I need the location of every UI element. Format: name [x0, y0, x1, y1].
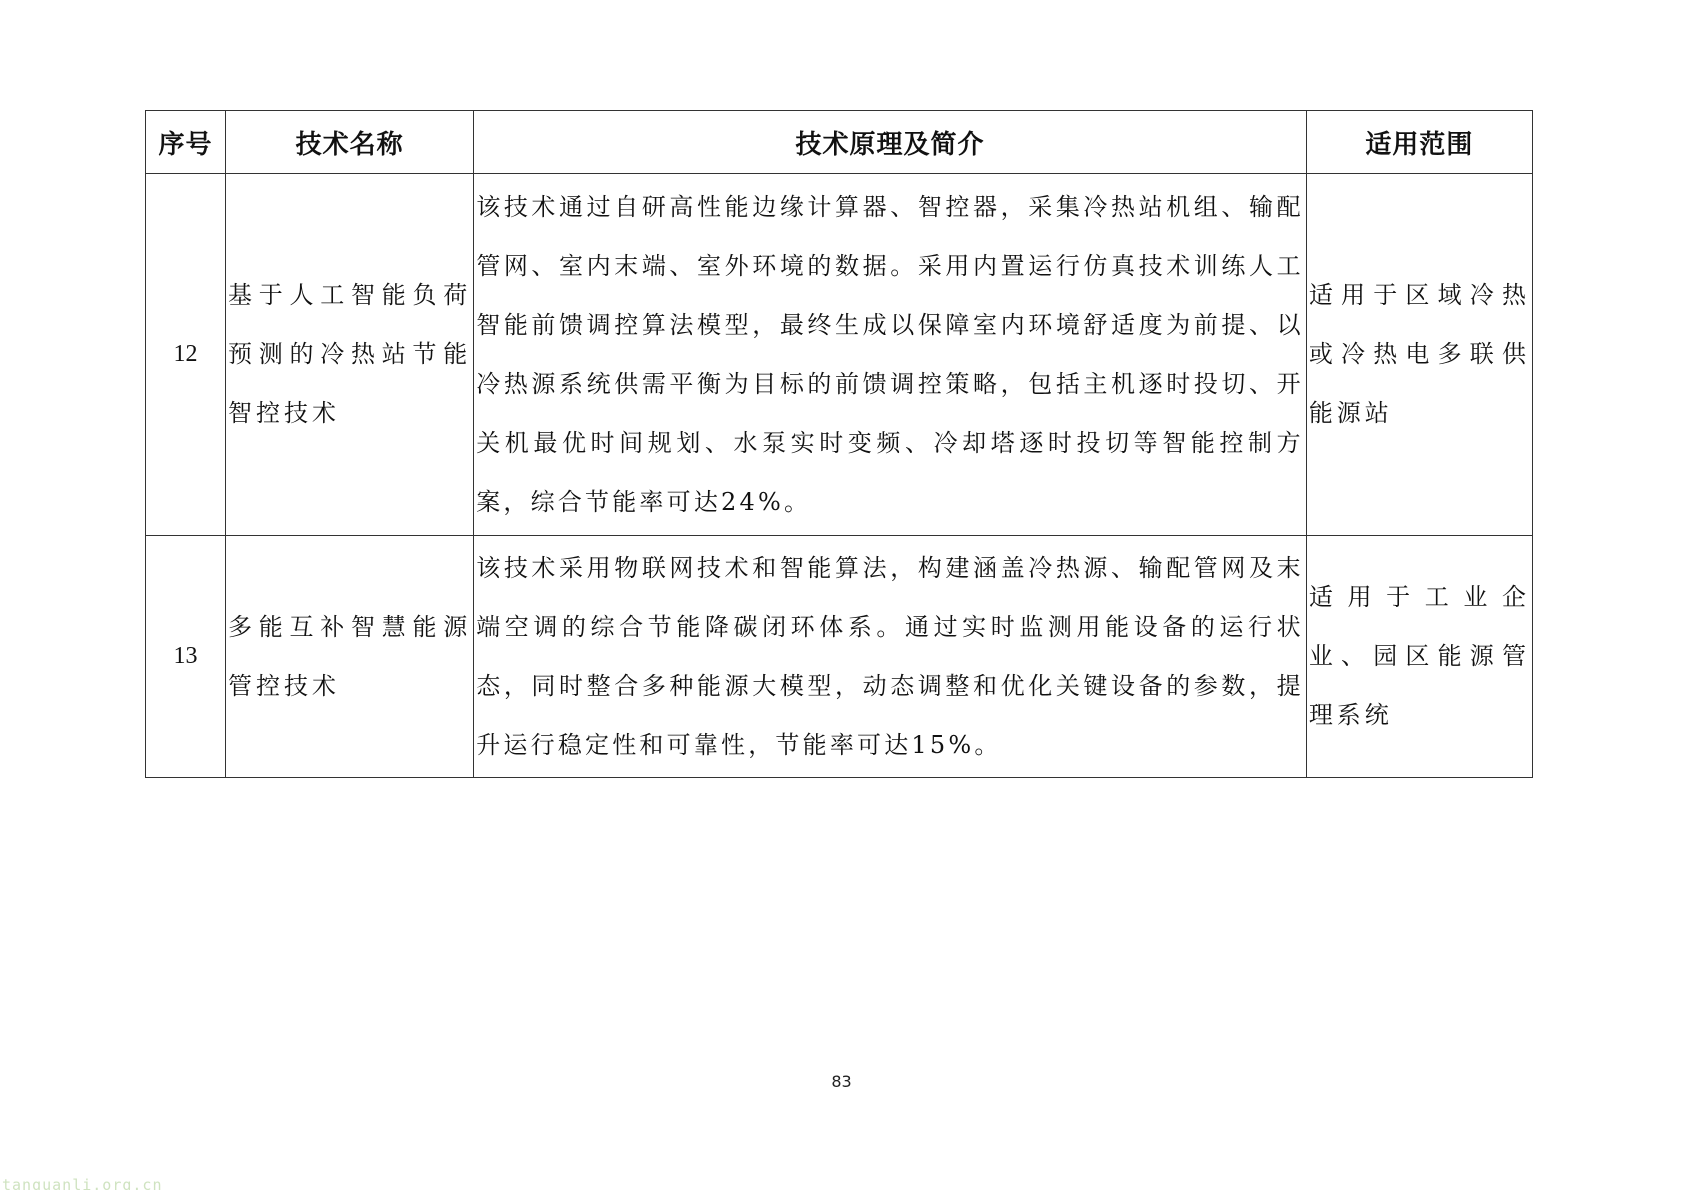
row-scope: 适用于工业企业、园区能源管理系统	[1307, 566, 1532, 747]
table-row: 13 多能互补智慧能源管控技术 该技术采用物联网技术和智能算法，构建涵盖冷热源、…	[146, 536, 1533, 778]
row-desc: 该技术通过自研高性能边缘计算器、智控器，采集冷热站机组、输配管网、室内末端、室外…	[474, 176, 1306, 534]
row-num: 13	[146, 536, 226, 778]
row-scope-cell: 适用于工业企业、园区能源管理系统	[1306, 536, 1532, 778]
table-header-row: 序号 技术名称 技术原理及简介 适用范围	[146, 111, 1533, 174]
watermark: tanguanli.org.cn	[2, 1176, 163, 1190]
row-scope: 适用于区域冷热或冷热电多联供能源站	[1307, 264, 1532, 445]
row-num: 12	[146, 174, 226, 536]
row-scope-cell: 适用于区域冷热或冷热电多联供能源站	[1306, 174, 1532, 536]
row-name: 多能互补智慧能源管控技术	[226, 596, 473, 718]
header-num: 序号	[146, 111, 226, 174]
header-scope: 适用范围	[1306, 111, 1532, 174]
row-name: 基于人工智能负荷预测的冷热站节能智控技术	[226, 264, 473, 445]
row-desc-cell: 该技术通过自研高性能边缘计算器、智控器，采集冷热站机组、输配管网、室内末端、室外…	[474, 174, 1307, 536]
header-name: 技术名称	[226, 111, 474, 174]
row-desc-cell: 该技术采用物联网技术和智能算法，构建涵盖冷热源、输配管网及末端空调的综合节能降碳…	[474, 536, 1307, 778]
header-desc: 技术原理及简介	[474, 111, 1307, 174]
row-name-cell: 多能互补智慧能源管控技术	[226, 536, 474, 778]
table-row: 12 基于人工智能负荷预测的冷热站节能智控技术 该技术通过自研高性能边缘计算器、…	[146, 174, 1533, 536]
page-number: 83	[0, 1072, 1683, 1091]
row-desc: 该技术采用物联网技术和智能算法，构建涵盖冷热源、输配管网及末端空调的综合节能降碳…	[474, 537, 1306, 777]
row-name-cell: 基于人工智能负荷预测的冷热站节能智控技术	[226, 174, 474, 536]
technology-table: 序号 技术名称 技术原理及简介 适用范围 12 基于人工智能负荷预测的冷热站节能…	[145, 110, 1533, 778]
